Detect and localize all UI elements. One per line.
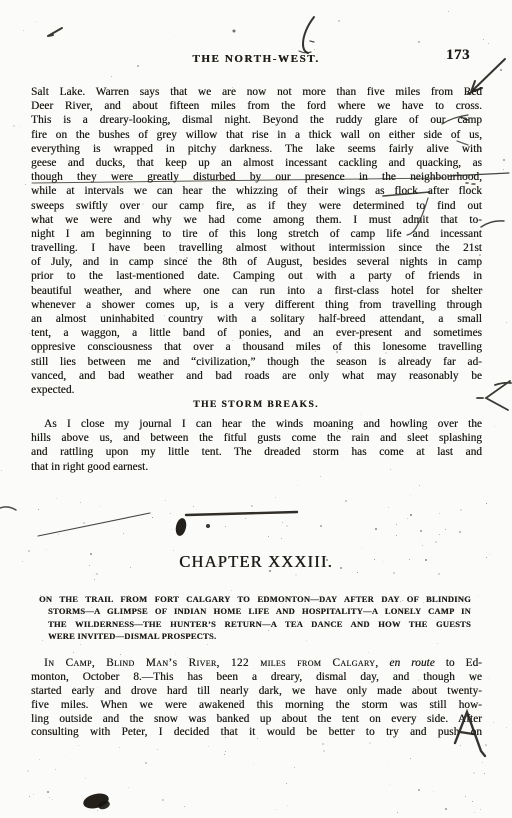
scan-speck — [1, 470, 2, 471]
scan-speck — [175, 654, 176, 655]
text-line: five miles. When we were awakened this m… — [31, 699, 482, 713]
scan-speck — [251, 505, 253, 507]
scan-speck — [29, 333, 30, 334]
text-line: ON THE TRAIL FROM FORT CALGARY TO EDMONT… — [39, 593, 471, 605]
scan-speck — [47, 791, 49, 793]
pen-curve-foot — [299, 41, 314, 53]
scan-speck — [484, 773, 485, 774]
text-line: tent, a waggon, a little band of ponies,… — [31, 326, 482, 340]
scan-speck — [268, 536, 269, 537]
scan-speck — [485, 744, 487, 746]
text-line: geese and ducks, that keep up an almost … — [31, 156, 482, 170]
text-line: while at intervals we can hear the whizz… — [31, 184, 482, 198]
scan-speck — [231, 590, 232, 591]
scan-speck — [373, 537, 374, 538]
scan-speck — [207, 644, 208, 645]
scan-speck — [410, 514, 412, 516]
scan-speck — [33, 794, 34, 795]
scan-speck — [46, 549, 47, 550]
scan-speck — [295, 574, 297, 576]
text-line: This is a dreary-looking, dismal night. … — [31, 113, 482, 127]
text-line: that in right good earnest. — [31, 460, 482, 474]
scan-speck — [494, 426, 495, 427]
scan-speck — [225, 526, 226, 527]
ink-dot-header — [233, 30, 236, 33]
scan-speck — [276, 809, 277, 810]
scan-speck — [78, 745, 79, 746]
scan-speck — [465, 796, 466, 797]
entry-dateline: In Camp, Blind Man’s River, 122 miles fr… — [44, 657, 378, 669]
chapter-title: CHAPTER XXXIII. — [0, 552, 512, 572]
text-line: and rattling upon my little tent. The dr… — [31, 445, 482, 459]
scan-speck — [119, 747, 120, 748]
scan-speck — [94, 579, 95, 580]
scan-speck — [39, 759, 40, 760]
entry-paragraph: In Camp, Blind Man’s River, 122 miles fr… — [31, 657, 482, 740]
text-line: started early and drove hard till nearly… — [31, 685, 482, 699]
scan-speck — [173, 550, 174, 551]
scan-speck — [180, 513, 181, 514]
scan-speck — [419, 542, 420, 543]
text-line: WERE INVITED—DISMAL PROSPECTS. — [39, 630, 471, 642]
scan-speck — [85, 778, 86, 779]
scan-speck — [322, 743, 324, 745]
scan-speck — [157, 749, 158, 750]
scan-speck — [478, 595, 479, 596]
scan-speck — [388, 507, 389, 508]
scan-speck — [460, 509, 462, 511]
scan-speck — [111, 76, 112, 77]
text-line: oppresive consciousness that over a thou… — [31, 340, 482, 354]
pen-curve-mark — [303, 17, 314, 53]
scan-speck — [94, 574, 95, 575]
scan-speck — [480, 809, 481, 810]
scan-speck — [493, 722, 494, 723]
scan-speck — [145, 762, 147, 764]
text-line: prior to the last-mentioned date. Campin… — [31, 269, 482, 283]
scan-speck — [123, 533, 124, 534]
scan-speck — [474, 812, 475, 813]
ink-blob-divider — [174, 517, 188, 537]
entry-opening-rest: to Ed- — [446, 657, 482, 669]
text-line: travelling. I have been travelling almos… — [31, 241, 482, 255]
text-line: of July, and in camp since the 8th of Au… — [31, 255, 482, 269]
scan-speck — [439, 534, 440, 535]
text-line: consulting with Peter, I decided that it… — [31, 726, 482, 740]
scan-speck — [80, 502, 81, 503]
text-line: an almost uninhabited country with a sol… — [31, 312, 482, 326]
divider-rule — [186, 512, 297, 515]
scan-speck — [170, 513, 171, 514]
to-swash-mark — [481, 221, 504, 227]
page-number: 173 — [446, 47, 470, 64]
running-header: THE NORTH-WEST. — [0, 53, 512, 65]
entry-en-route-italic: en route — [389, 657, 434, 669]
text-line: still lies between me and “civilization,… — [31, 355, 482, 369]
ink-dot-divider — [206, 524, 210, 528]
journal-paragraph-1: Salt Lake. Warren says that we are now n… — [31, 85, 482, 397]
scan-speck — [323, 750, 325, 752]
journal-paragraph-2: As I close my journal I can hear the win… — [31, 417, 482, 474]
text-line: night I am beginning to tire of this lon… — [31, 227, 482, 241]
text-line: beautiful weather, and where one can run… — [31, 284, 482, 298]
chapter-summary: ON THE TRAIL FROM FORT CALGARY TO EDMONT… — [39, 593, 471, 642]
scan-speck — [193, 506, 194, 507]
text-line: though they were greatly disturbed by ou… — [31, 170, 482, 184]
scan-speck — [438, 573, 440, 575]
entry-opening-line: In Camp, Blind Man’s River, 122 miles fr… — [31, 657, 482, 671]
scan-speck — [224, 754, 225, 755]
scan-speck — [38, 509, 39, 510]
scan-speck — [459, 531, 461, 533]
scan-speck — [422, 545, 423, 546]
scan-speck — [397, 812, 398, 813]
divider-diagonal-line — [38, 513, 150, 536]
scan-speck — [486, 503, 487, 504]
scan-speck — [393, 572, 395, 574]
scan-speck — [484, 199, 485, 200]
text-line: expected. — [31, 383, 482, 397]
scan-speck — [55, 769, 56, 770]
edge-squiggle-mark — [0, 507, 16, 510]
scan-speck — [473, 772, 475, 774]
scan-speck — [503, 169, 504, 170]
text-line: ling outside and the snow was banked up … — [31, 713, 482, 727]
entry-lines: monton, October 8.—This has been a drear… — [31, 671, 482, 740]
scan-speck — [396, 535, 397, 536]
scan-speck — [460, 745, 461, 746]
scan-speck — [25, 184, 26, 185]
scan-speck — [20, 126, 21, 127]
scan-speck — [388, 765, 389, 766]
scan-speck — [52, 799, 53, 800]
text-line: Salt Lake. Warren says that we are now n… — [31, 85, 482, 99]
scan-speck — [407, 518, 408, 519]
ink-blob-bottom — [82, 791, 111, 811]
text-line: what we were and why we had come among t… — [31, 213, 482, 227]
scan-speck — [282, 522, 283, 523]
ink-blob-bottom-2 — [97, 799, 111, 811]
scan-speck — [445, 808, 447, 810]
scan-speck — [184, 806, 185, 807]
scan-speck — [437, 643, 438, 644]
scan-speck — [418, 789, 420, 791]
scan-speck — [448, 11, 449, 12]
scan-speck — [361, 547, 362, 548]
text-line: sweeps swiftly over our camp fire, as if… — [31, 199, 482, 213]
scan-speck — [360, 414, 361, 415]
scan-speck — [433, 791, 434, 792]
scan-speck — [506, 322, 507, 323]
section-heading: THE STORM BREAKS. — [0, 399, 512, 410]
scan-speck — [483, 39, 484, 40]
pen-tick-mark — [48, 28, 62, 36]
scan-speck — [396, 524, 397, 525]
text-line: THE WILDERNESS—THE HUNTER’S RETURN—A TEA… — [39, 618, 471, 630]
scan-speck — [488, 678, 489, 679]
scan-speck — [314, 49, 315, 50]
scan-speck — [29, 796, 30, 797]
scan-speck — [357, 572, 358, 573]
scan-speck — [368, 652, 369, 653]
scan-speck — [99, 506, 100, 507]
scan-speck — [488, 43, 489, 44]
scan-speck — [137, 65, 139, 67]
scan-speck — [287, 805, 288, 806]
scan-speck — [152, 517, 153, 518]
scan-speck — [503, 159, 505, 161]
scan-speck — [435, 541, 437, 543]
scan-speck — [502, 386, 503, 387]
text-line: As I close my journal I can hear the win… — [31, 417, 482, 431]
scan-speck — [410, 758, 411, 759]
scan-speck — [162, 799, 164, 801]
scan-speck — [80, 644, 81, 645]
scan-speck — [56, 498, 57, 499]
scan-speck — [58, 534, 59, 535]
scan-speck — [174, 36, 175, 37]
scan-speck — [128, 787, 129, 788]
scan-speck — [27, 770, 29, 772]
scan-speck — [171, 529, 172, 530]
scan-speck — [208, 746, 209, 747]
scan-speck — [369, 742, 371, 744]
scan-speck — [96, 573, 98, 575]
text-line: whenever a shower comes up, is a very di… — [31, 298, 482, 312]
scan-speck — [418, 41, 420, 43]
scan-speck — [275, 497, 276, 498]
text-line: everything is wrapped in pitchy darkness… — [31, 142, 482, 156]
scan-speck — [320, 525, 322, 527]
scan-speck — [13, 125, 15, 127]
text-line: STORMS—A GLIMPSE OF INDIAN HOME LIFE AND… — [39, 605, 471, 617]
scan-speck — [36, 21, 37, 22]
scan-speck — [83, 522, 85, 524]
scan-speck — [165, 500, 166, 501]
scan-speck — [245, 518, 246, 519]
text-line: vanced, and bad weather and bad roads ar… — [31, 369, 482, 383]
scan-speck — [23, 30, 24, 31]
scan-speck — [320, 476, 321, 477]
scan-speck — [286, 525, 288, 527]
scan-speck — [297, 485, 298, 486]
scan-speck — [345, 500, 347, 502]
scan-speck — [281, 538, 282, 539]
scan-speck — [65, 756, 66, 757]
scan-speck — [338, 20, 340, 22]
scan-speck — [506, 727, 507, 728]
scan-speck — [49, 797, 50, 798]
scan-speck — [73, 652, 74, 653]
scan-speck — [445, 529, 446, 530]
scan-speck — [482, 762, 483, 763]
text-line: hills above us, and between the fitful g… — [31, 431, 482, 445]
scan-speck — [410, 495, 411, 496]
scan-speck — [472, 801, 473, 802]
scan-speck — [389, 784, 390, 785]
scan-speck — [97, 810, 98, 811]
scan-speck — [286, 783, 287, 784]
scan-speck — [419, 485, 420, 486]
scan-speck — [375, 528, 377, 530]
text-line: Deer River, and about fifteen miles from… — [31, 99, 482, 113]
scan-speck — [500, 69, 502, 71]
scan-speck — [120, 654, 121, 655]
scan-speck — [225, 751, 226, 752]
text-line: monton, October 8.—This has been a drear… — [31, 671, 482, 685]
scan-speck — [439, 513, 440, 514]
scan-speck — [420, 530, 422, 532]
book-page: THE NORTH-WEST. 173 Salt Lake. Warren sa… — [0, 0, 512, 818]
scan-speck — [294, 767, 295, 768]
text-line: fire on the bushes of grey willow that r… — [31, 128, 482, 142]
scan-speck — [253, 764, 254, 765]
